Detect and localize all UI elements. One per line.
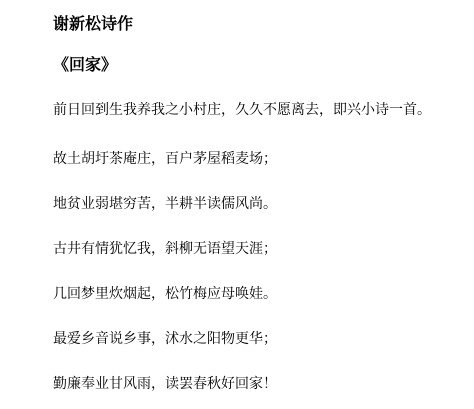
document-page: 谢新松诗作 《回家》 前日回到生我养我之小村庄，久久不愿离去，即兴小诗一首。 故… — [0, 0, 474, 409]
poem-verse-line: 几回梦里炊烟起，松竹梅应母唤娃。 — [53, 287, 277, 301]
poem-verse-line: 最爱乡音说乡事，沭水之阳物更华； — [53, 332, 277, 346]
poem-verse-line: 故土胡圩茶庵庄，百户茅屋稻麦场； — [53, 152, 277, 166]
poem-title: 《回家》 — [53, 57, 117, 73]
poem-intro-line: 前日回到生我养我之小村庄，久久不愿离去，即兴小诗一首。 — [53, 103, 431, 117]
author-heading: 谢新松诗作 — [53, 16, 133, 32]
poem-verse-line: 古井有情犹忆我，斜柳无语望天涯； — [53, 242, 277, 256]
poem-verse-line: 勤廉奉业甘风雨，读罢春秋好回家！ — [53, 377, 277, 391]
poem-verse-line: 地贫业弱堪穷苦，半耕半读儒风尚。 — [53, 197, 277, 211]
